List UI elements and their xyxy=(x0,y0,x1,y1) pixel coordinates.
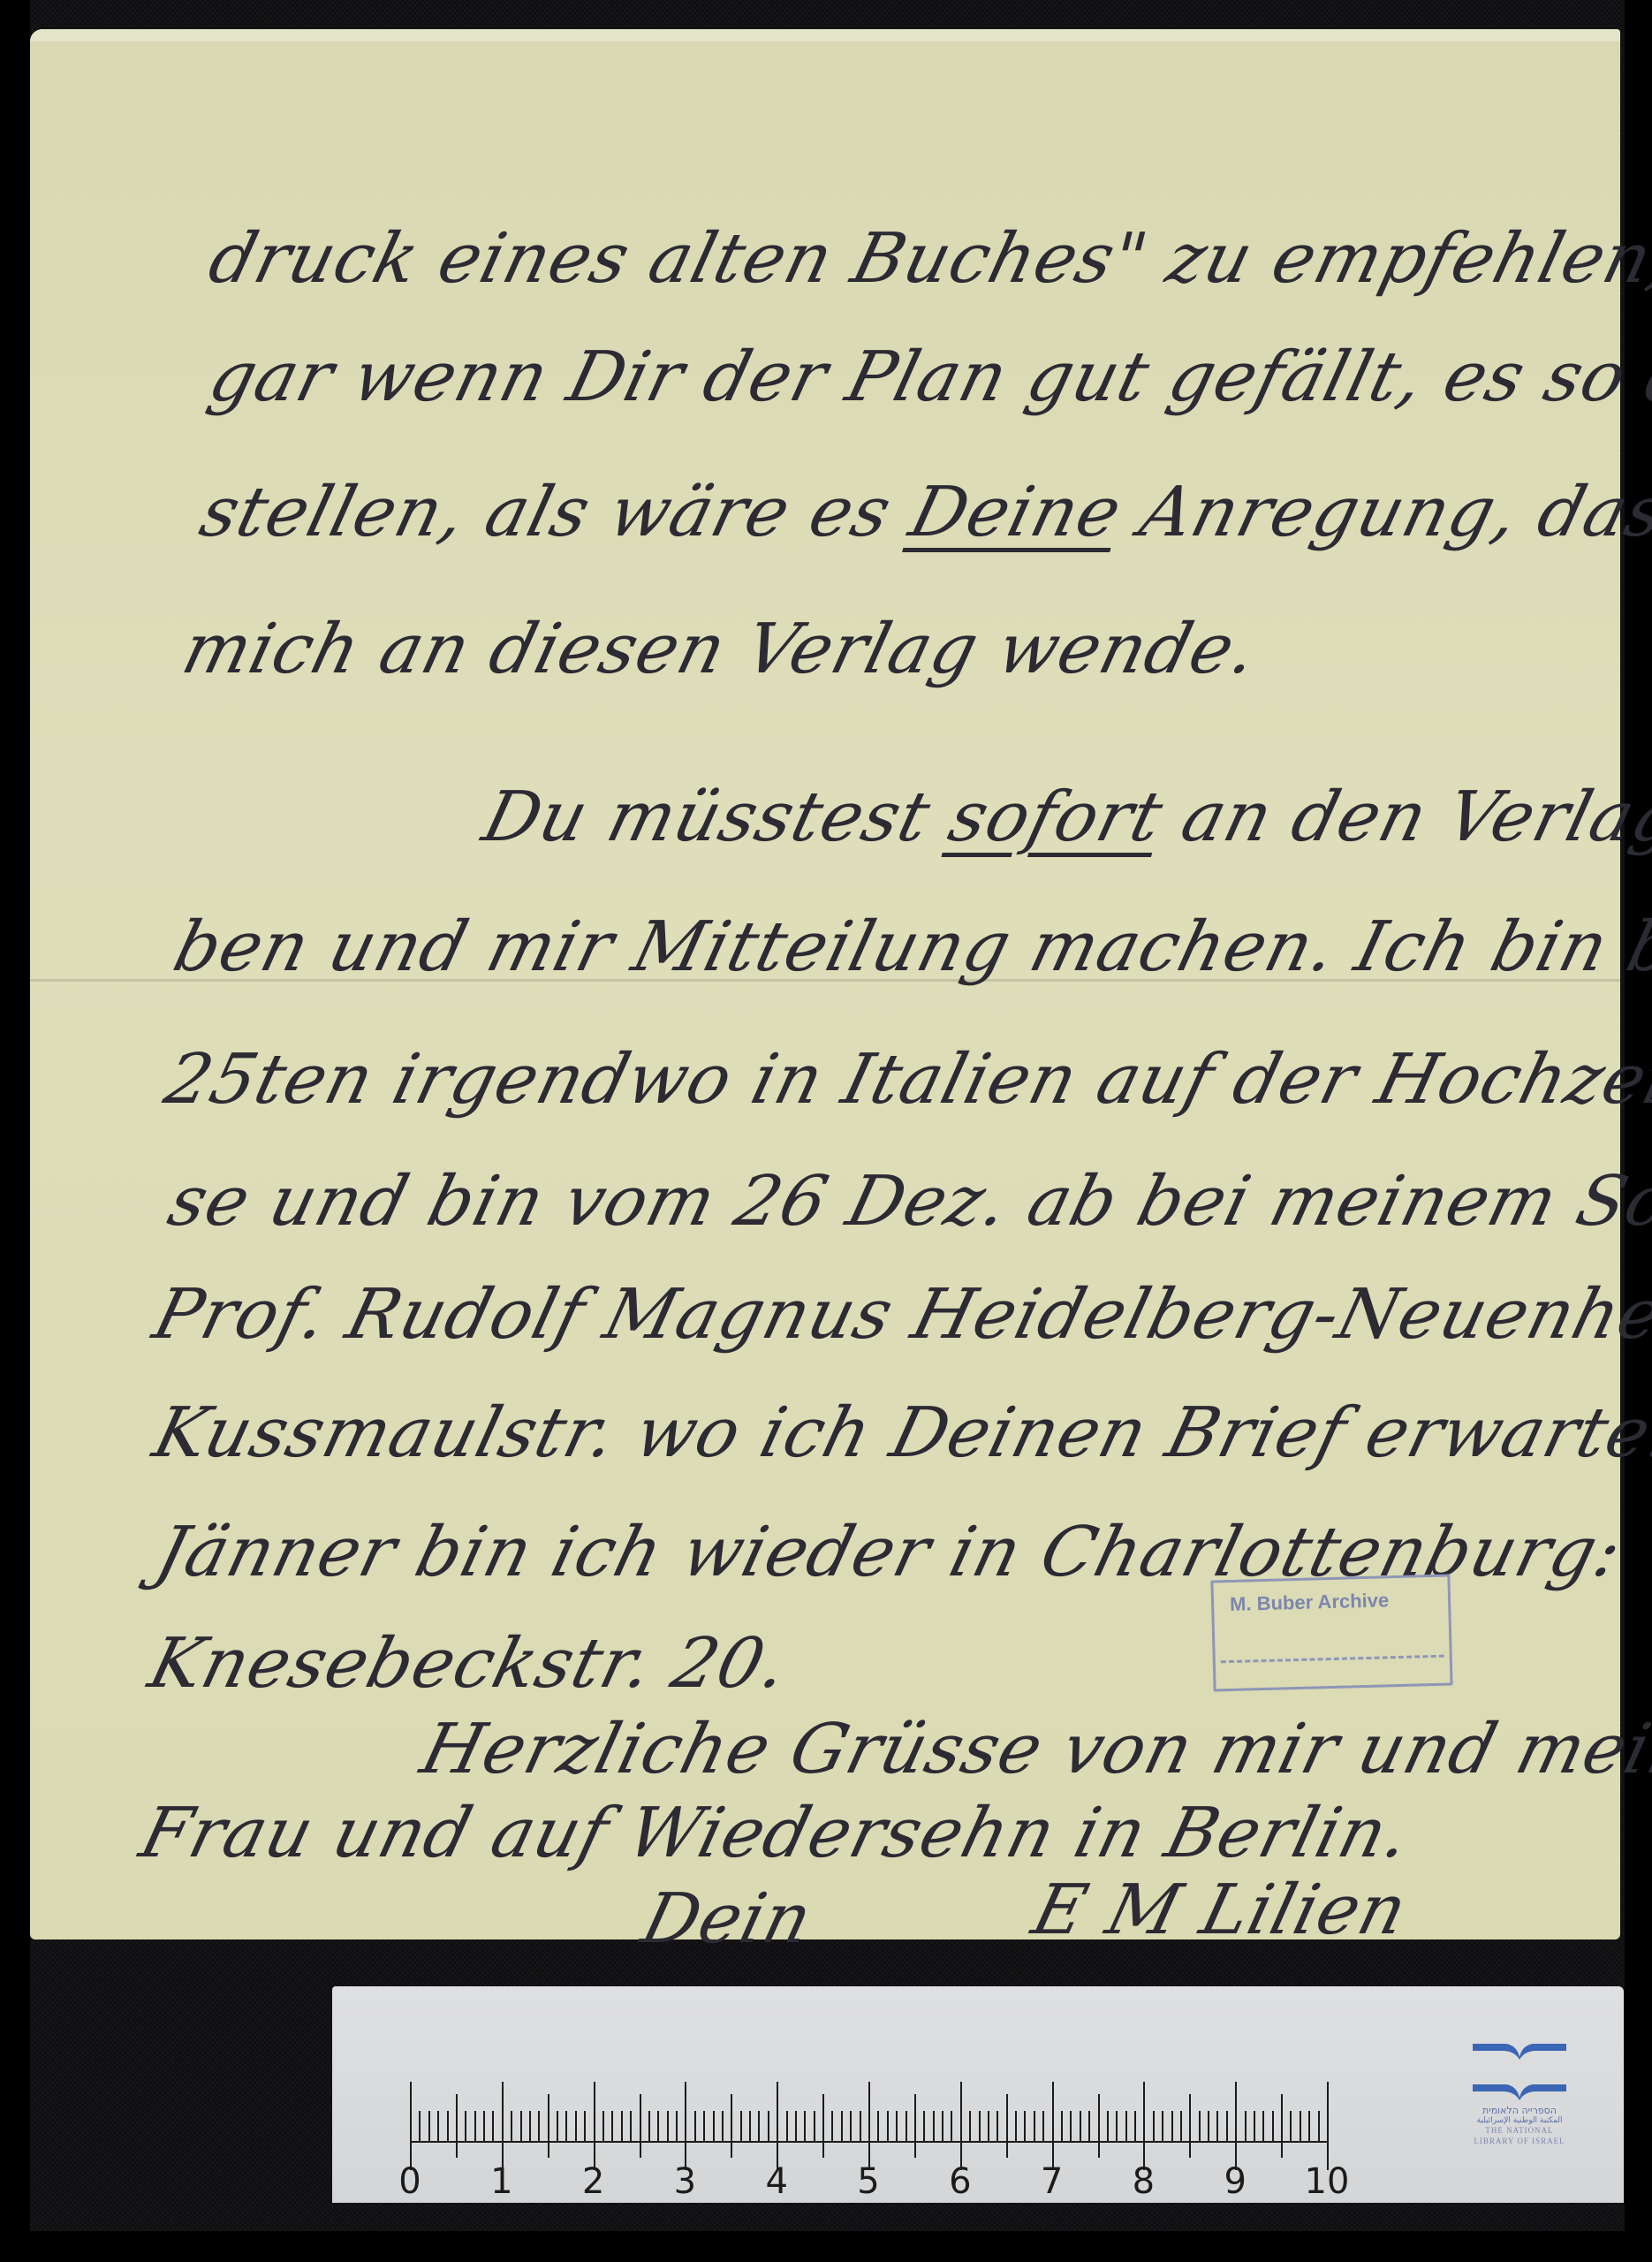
ruler-tick xyxy=(1189,2094,1191,2158)
ruler-tick xyxy=(749,2111,751,2141)
ruler-label: 10 xyxy=(1305,2161,1350,2202)
ruler-tick xyxy=(1171,2111,1173,2141)
ruler-tick xyxy=(1199,2111,1201,2141)
ruler-label: 1 xyxy=(490,2161,512,2202)
ruler-tick xyxy=(447,2111,449,2141)
ruler-tick xyxy=(988,2111,989,2141)
ruler-tick xyxy=(1052,2082,1054,2170)
measurement-scale-card: 012345678910 הספרייה הלאומית المكتبة الو… xyxy=(332,1986,1624,2203)
ruler-label: 9 xyxy=(1224,2161,1246,2202)
logo-english-line2: LIBRARY OF ISRAEL xyxy=(1471,2136,1568,2146)
archive-stamp: M. Buber Archive xyxy=(1210,1574,1452,1691)
ruler-tick xyxy=(1134,2111,1136,2141)
ruler-tick xyxy=(1254,2111,1255,2141)
ruler-tick xyxy=(1024,2111,1026,2141)
stamp-dashed-line xyxy=(1221,1655,1444,1664)
handwritten-line: druck eines alten Buches" zu empfehlen, … xyxy=(201,219,1652,299)
ruler-tick xyxy=(694,2111,696,2141)
ruler-label: 0 xyxy=(398,2161,421,2202)
ruler-tick xyxy=(1015,2111,1017,2141)
ruler-tick xyxy=(667,2111,669,2141)
ruler-tick xyxy=(602,2111,604,2141)
ruler-tick xyxy=(814,2111,815,2141)
ruler-tick xyxy=(933,2111,935,2141)
ruler-label: 5 xyxy=(857,2161,879,2202)
ruler-tick xyxy=(1327,2082,1329,2170)
ruler-tick xyxy=(611,2111,613,2141)
ruler-tick xyxy=(419,2111,421,2141)
ruler-tick xyxy=(594,2082,595,2170)
ruler-tick xyxy=(657,2111,659,2141)
ruler-tick xyxy=(906,2111,907,2141)
handwritten-line: E M Lilien xyxy=(1025,1871,1415,1950)
letter-handwriting: druck eines alten Buches" zu empfehlen, … xyxy=(0,0,1652,2262)
ruler-tick xyxy=(1226,2111,1228,2141)
handwritten-line: Kussmaulstr. wo ich Deinen Brief erwarte… xyxy=(146,1393,1652,1473)
handwritten-line: se und bin vom 26 Dez. ab bei meinem Sch… xyxy=(161,1162,1652,1241)
ruler-tick xyxy=(474,2111,476,2141)
archive-stamp-label: M. Buber Archive xyxy=(1230,1589,1390,1616)
ruler-tick xyxy=(703,2111,705,2141)
handwritten-line: Prof. Rudolf Magnus Heidelberg-Neuenheim xyxy=(146,1275,1652,1355)
ruler-tick xyxy=(1153,2111,1155,2141)
ruler-tick xyxy=(1318,2111,1320,2141)
ruler-tick xyxy=(410,2082,412,2170)
ruler-tick xyxy=(896,2111,898,2141)
ruler-tick xyxy=(758,2111,760,2141)
ruler-tick xyxy=(1308,2111,1310,2141)
ruler-baseline xyxy=(410,2141,1327,2143)
handwritten-line: gar wenn Dir der Plan gut gefällt, es so… xyxy=(201,338,1652,417)
ruler-tick xyxy=(428,2111,430,2141)
ruler-tick xyxy=(951,2111,952,2141)
handwritten-line: Du müsstest sofort an den Verlag schrei- xyxy=(475,778,1652,857)
ruler-tick xyxy=(786,2111,788,2141)
ruler-tick xyxy=(887,2111,889,2141)
ruler-label: 7 xyxy=(1041,2161,1063,2202)
logo-arabic-text: المكتبة الوطنية الإسرائيلية xyxy=(1471,2116,1568,2125)
handwritten-line: Frau und auf Wiedersehn in Berlin. xyxy=(133,1794,1418,1873)
ruler-tick xyxy=(502,2082,504,2170)
book-wing-icon xyxy=(1471,2082,1568,2101)
handwritten-line: ben und mir Mitteilung machen. Ich bin b… xyxy=(166,907,1652,987)
ruler-tick xyxy=(538,2111,540,2141)
ruler-label: 4 xyxy=(765,2161,787,2202)
ruler-tick xyxy=(1034,2111,1035,2141)
ruler-tick xyxy=(960,2082,962,2170)
ruler-tick xyxy=(713,2111,715,2141)
handwritten-line: Dein xyxy=(634,1879,820,1959)
ruler-tick xyxy=(584,2111,586,2141)
ruler-tick xyxy=(740,2111,742,2141)
ruler-tick xyxy=(1061,2111,1063,2141)
ruler-tick xyxy=(685,2082,686,2170)
handwritten-line: 25ten irgendwo in Italien auf der Hochze… xyxy=(157,1040,1652,1120)
ruler-tick xyxy=(860,2111,861,2141)
ruler-tick xyxy=(731,2094,732,2158)
ruler-label: 2 xyxy=(582,2161,604,2202)
ruler-tick xyxy=(1208,2111,1209,2141)
ruler-tick xyxy=(1216,2111,1218,2141)
ruler-tick xyxy=(1143,2082,1145,2170)
ruler-tick xyxy=(841,2111,843,2141)
ruler-label: 3 xyxy=(674,2161,696,2202)
ruler-tick xyxy=(492,2111,494,2141)
ruler-tick xyxy=(456,2094,458,2158)
ruler-tick xyxy=(1300,2111,1301,2141)
ruler-tick xyxy=(795,2111,797,2141)
ruler-tick xyxy=(1088,2111,1090,2141)
ruler-tick xyxy=(1070,2111,1072,2141)
ruler-label: 8 xyxy=(1133,2161,1155,2202)
handwritten-line: Herzliche Grüsse von mir und meiner xyxy=(413,1710,1652,1789)
ruler-tick xyxy=(868,2082,870,2170)
ruler-tick xyxy=(1290,2111,1292,2141)
ruler-tick xyxy=(1162,2111,1163,2141)
ruler-tick xyxy=(877,2111,879,2141)
ruler-tick xyxy=(923,2111,925,2141)
handwritten-line: mich an diesen Verlag wende. xyxy=(175,610,1266,689)
ruler-tick xyxy=(1180,2111,1182,2141)
ruler-tick xyxy=(520,2111,522,2141)
ruler-tick xyxy=(969,2111,971,2141)
ruler-tick xyxy=(575,2111,577,2141)
handwritten-line: Knesebeckstr. 20. xyxy=(141,1624,796,1704)
ruler-tick xyxy=(722,2111,724,2141)
ruler-tick xyxy=(768,2111,769,2141)
ruler-tick xyxy=(979,2111,981,2141)
ruler-tick xyxy=(557,2111,558,2141)
ruler-tick xyxy=(1281,2094,1283,2158)
ruler-tick xyxy=(676,2111,678,2141)
ruler-tick xyxy=(565,2111,567,2141)
ruler-tick xyxy=(640,2094,641,2158)
ruler-tick xyxy=(1125,2111,1127,2141)
ruler-label: 6 xyxy=(949,2161,971,2202)
ruler-tick xyxy=(465,2111,466,2141)
ruler-tick xyxy=(529,2111,531,2141)
ruler-tick xyxy=(648,2111,650,2141)
ruler-tick xyxy=(822,2094,824,2158)
ruler-tick xyxy=(1116,2111,1118,2141)
ruler-tick xyxy=(942,2111,943,2141)
ruler-tick xyxy=(1080,2111,1081,2141)
underlined-word: Deine xyxy=(902,473,1129,552)
ruler-tick xyxy=(997,2111,998,2141)
ruler-tick xyxy=(1235,2082,1237,2170)
logo-hebrew-text: הספרייה הלאומית xyxy=(1471,2105,1568,2116)
ruler-tick xyxy=(511,2111,512,2141)
ruler-tick xyxy=(1245,2111,1247,2141)
ruler-tick xyxy=(1262,2111,1264,2141)
ruler-tick xyxy=(1272,2111,1274,2141)
ruler-tick xyxy=(1098,2094,1100,2158)
ruler-tick xyxy=(483,2111,485,2141)
ruler-tick xyxy=(548,2094,549,2158)
logo-english-line1: THE NATIONAL xyxy=(1471,2125,1568,2136)
ruler-tick xyxy=(621,2111,623,2141)
ruler-tick xyxy=(804,2111,806,2141)
ruler-tick xyxy=(630,2111,632,2141)
ruler-tick xyxy=(437,2111,439,2141)
ruler-tick xyxy=(1006,2094,1008,2158)
ruler-tick xyxy=(1107,2111,1109,2141)
ruler-tick xyxy=(914,2094,916,2158)
underlined-word: sofort xyxy=(942,778,1171,857)
national-library-logo: הספרייה הלאומית المكتبة الوطنية الإسرائي… xyxy=(1471,2041,1568,2146)
ruler-tick xyxy=(850,2111,852,2141)
ruler-tick xyxy=(777,2082,778,2170)
ruler-tick xyxy=(1042,2111,1044,2141)
ruler-tick xyxy=(831,2111,833,2141)
book-wing-icon xyxy=(1471,2041,1568,2061)
handwritten-line: stellen, als wäre es Deine Anregung, das… xyxy=(193,473,1652,552)
